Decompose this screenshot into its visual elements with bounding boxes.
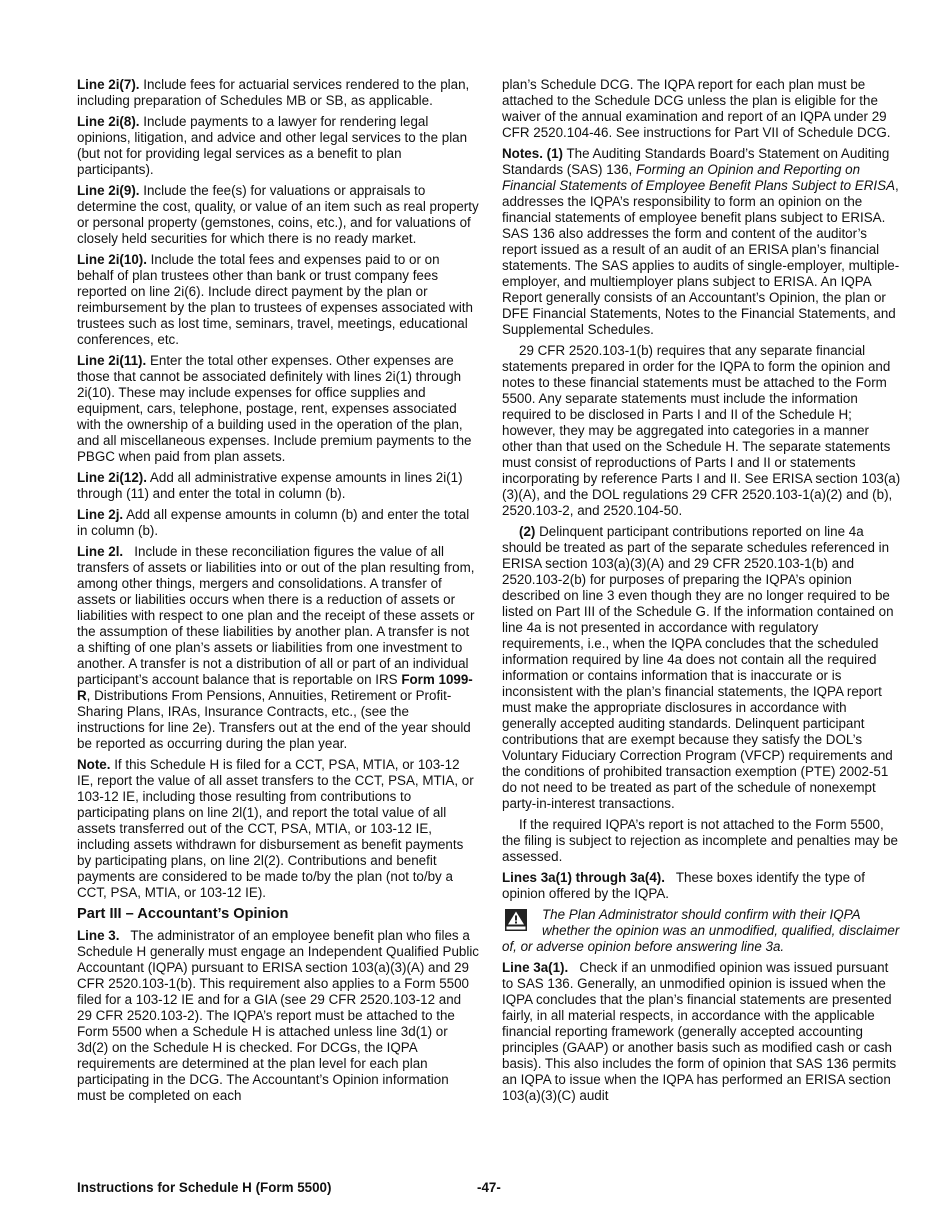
lines-3a-paragraph: Lines 3a(1) through 3a(4). These boxes i…	[502, 870, 902, 902]
note-paragraph: Note. If this Schedule H is filed for a …	[77, 757, 479, 901]
continuation-paragraph: plan’s Schedule DCG. The IQPA report for…	[502, 77, 902, 141]
note-label: Note.	[77, 757, 110, 772]
caution-icon	[505, 909, 527, 931]
part-iii-heading: Part III – Accountant’s Opinion	[77, 906, 479, 923]
line-2l-paragraph: Line 2l. Include in these reconciliation…	[77, 544, 479, 752]
line-2i8-label: Line 2i(8).	[77, 114, 140, 129]
lines-3a-label: Lines 3a(1) through 3a(4).	[502, 870, 665, 885]
line-2i12-paragraph: Line 2i(12). Add all administrative expe…	[77, 470, 479, 502]
line-3a1-paragraph: Line 3a(1). Check if an unmodified opini…	[502, 960, 902, 1104]
page-number: -47-	[477, 1180, 501, 1195]
notes-1-label: Notes. (1)	[502, 146, 563, 161]
line-2i7-paragraph: Line 2i(7). Include fees for actuarial s…	[77, 77, 479, 109]
footer-document-title: Instructions for Schedule H (Form 5500)	[77, 1180, 331, 1195]
line-2l-text-after: , Distributions From Pensions, Annuities…	[77, 688, 475, 751]
cfr-paragraph: 29 CFR 2520.103-1(b) requires that any s…	[502, 343, 902, 519]
line-2i8-paragraph: Line 2i(8). Include payments to a lawyer…	[77, 114, 479, 178]
caution-text: The Plan Administrator should confirm wi…	[502, 907, 899, 954]
rejection-paragraph: If the required IQPA’s report is not att…	[502, 817, 902, 865]
line-2i11-label: Line 2i(11).	[77, 353, 146, 368]
document-page: Line 2i(7). Include fees for actuarial s…	[0, 0, 950, 1230]
line-2i12-label: Line 2i(12).	[77, 470, 147, 485]
notes-2-text: Delinquent participant contributions rep…	[502, 524, 894, 811]
line-2j-text: Add all expense amounts in column (b) an…	[77, 507, 469, 538]
note-text: If this Schedule H is filed for a CCT, P…	[77, 757, 474, 900]
notes-1-text-after: , addresses the IQPA’s responsibility to…	[502, 178, 899, 337]
line-2j-paragraph: Line 2j. Add all expense amounts in colu…	[77, 507, 479, 539]
line-2i9-paragraph: Line 2i(9). Include the fee(s) for valua…	[77, 183, 479, 247]
line-3a1-text: Check if an unmodified opinion was issue…	[502, 960, 900, 1103]
right-column: plan’s Schedule DCG. The IQPA report for…	[502, 77, 902, 1109]
line-2i11-text: Enter the total other expenses. Other ex…	[77, 353, 472, 464]
notes-1-paragraph: Notes. (1) The Auditing Standards Board’…	[502, 146, 902, 338]
line-3-label: Line 3.	[77, 928, 119, 943]
notes-2-paragraph: (2) Delinquent participant contributions…	[502, 524, 902, 812]
line-3a1-label: Line 3a(1).	[502, 960, 568, 975]
notes-2-label: (2)	[519, 524, 535, 539]
left-column: Line 2i(7). Include fees for actuarial s…	[77, 77, 479, 1109]
line-2i10-label: Line 2i(10).	[77, 252, 147, 267]
line-3-paragraph: Line 3. The administrator of an employee…	[77, 928, 479, 1104]
line-2i10-paragraph: Line 2i(10). Include the total fees and …	[77, 252, 479, 348]
line-2i11-paragraph: Line 2i(11). Enter the total other expen…	[77, 353, 479, 465]
line-2i7-label: Line 2i(7).	[77, 77, 140, 92]
line-2l-text-before: Include in these reconciliation figures …	[77, 544, 478, 687]
line-2j-label: Line 2j.	[77, 507, 123, 522]
line-3-text: The administrator of an employee benefit…	[77, 928, 482, 1103]
caution-note: The Plan Administrator should confirm wi…	[502, 907, 902, 955]
line-2i9-label: Line 2i(9).	[77, 183, 140, 198]
line-2l-label: Line 2l.	[77, 544, 123, 559]
